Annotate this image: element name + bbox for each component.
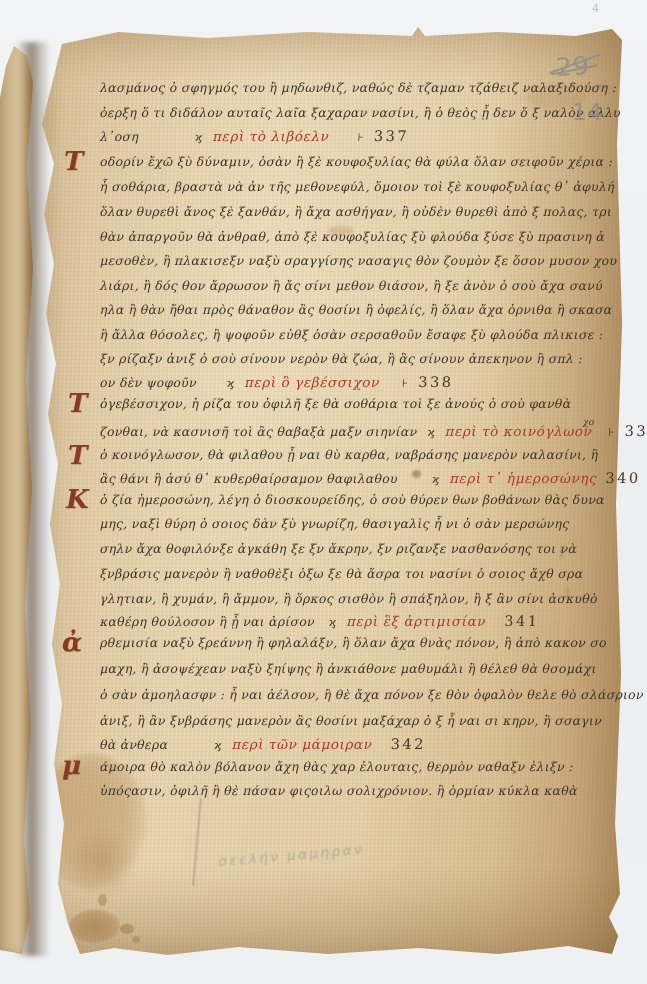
heading-line: καθέρη θούλοσον ἢ ᾖ ναι ἀρίσον ϗ περὶ ἓξ… [100, 612, 579, 633]
chapter-number: 340 [605, 471, 641, 487]
number-lead-mark: ⊦ [402, 377, 408, 390]
rubric-heading: περὶ τὸ κοινόγλωον [445, 424, 592, 440]
chapter-number: 338 [418, 375, 454, 391]
rubric-lead-mark: ϗ [214, 739, 222, 752]
text-layer: λασμάνος ὁ σφηγμός του ἢ μηδωνθιζ, ναθώς… [0, 0, 647, 984]
heading-line: λ᾽οση ϗ περὶ τὸ λιβόελν ⊦ 337 [100, 127, 579, 148]
heading-line: ἂς θάνι ἢ ἀσύ θ᾽ κυθερθαίρσαμον θαφιλαθο… [100, 469, 579, 490]
rubric-heading: περὶ ἓξ ἀρτιμισίαν [347, 614, 487, 630]
folio-number-old-struck: 29 [555, 51, 591, 82]
line-text: μεσοθὲν, ἢ πλακισεξν ναξὺ σραγγίσης νασα… [100, 253, 618, 268]
line-text: ξνβράσις μανερὸν ἢ ναθοθὲξι ὁξω ξε θὰ ἄσ… [100, 566, 584, 581]
text-line: ὁ σὰν ἀμοηλασφν : ἦ ναι ἀέλσον, ἢ θὲ ἄχα… [100, 685, 579, 705]
text-line: ὁ κοινόγλωσον, θὰ φιλαθου ᾖ ναι θὺ καρθα… [100, 445, 579, 465]
text-line: ρθεμισία ναξὺ ξρεάννη ἢ φηλαλάξν, ἢ ὅλαν… [100, 633, 579, 653]
line-text: γλητιαν, ἢ χυμάν, ἢ ἄμμον, ἢ ὅρκος σισθὸ… [100, 591, 598, 606]
line-text: λ᾽οση [100, 129, 139, 144]
line-text: ὁερξη ὅ τι διδάλον αυταῖς λαῖα ξαχαραν ν… [100, 105, 621, 120]
line-text: ον δὲν ψοφοῦν [100, 375, 197, 390]
line-text: ἢ ἄλλα θόσολες, ἢ ψοφοῦν εὐθξ ὁσὰν σερσα… [100, 327, 604, 342]
line-text: ὁ ζία ἡμεροσώνη, λέγη ὁ διοσκουρείδης, ὁ… [100, 492, 605, 507]
line-text: άμοιρα θὸ καλὸν βόλανον ἄχη θὰς χαρ ἐλου… [100, 759, 574, 774]
line-text: ἂς θάνι ἢ ἀσύ θ᾽ κυθερθαίρσαμον θαφιλαθο… [100, 471, 398, 486]
paragraph-initial: Τ [68, 443, 87, 469]
text-line: σηλν ἄχα θοφιλόνξε ἀγκάθη ξε ξν ἄκρην, ξ… [100, 539, 579, 559]
paragraph-initial: Τ [68, 391, 87, 417]
rubric-heading: περὶ τὸ λιβόελν [213, 129, 330, 145]
rubric-lead-mark: ϗ [227, 377, 235, 390]
number-lead-mark: ⊦ [608, 426, 614, 439]
paragraph-initial: Κ [66, 487, 89, 513]
text-line: ἢ ἄλλα θόσολες, ἢ ψοφοῦν εὐθξ ὁσὰν σερσα… [100, 325, 579, 345]
line-text: ἀνιξ, ἢ ἂν ξνβράσης μανερὸν ἂς θοσίνι μα… [100, 713, 603, 728]
rubric-lead-mark: ϗ [195, 131, 203, 144]
pencil-stroke [192, 798, 202, 886]
line-text: ηλα ἢ θὰν ἤθαι πρὸς θάναθον ἂς θοσίνι ἢ … [100, 302, 613, 317]
text-line: ξνβράσις μανερὸν ἢ ναθοθὲξι ὁξω ξε θὰ ἄσ… [100, 564, 579, 584]
line-text: ὀγεβέσσιχον, ἡ ρίζα του ὀφιλῆ ξε θὰ σοθά… [100, 396, 572, 411]
line-text: σηλν ἄχα θοφιλόνξε ἀγκάθη ξε ξν ἄκρην, ξ… [100, 541, 578, 556]
line-text: ρθεμισία ναξὺ ξρεάννη ἢ φηλαλάξν, ἢ ὅλαν… [100, 635, 607, 650]
text-line: λασμάνος ὁ σφηγμός του ἢ μηδωνθιζ, ναθώς… [100, 78, 579, 98]
line-text: ὁ σὰν ἀμοηλασφν : ἦ ναι ἀέλσον, ἢ θὲ ἄχα… [100, 687, 644, 702]
text-line: λιάρι, ἢ δός θον ἄρρωσον ἢ ἄς σίνι μεθον… [100, 276, 579, 296]
line-text: ὅλαν θυρεθὶ ἄνος ξὲ ξανθάν, ἢ ἄχα ασθήγα… [100, 204, 613, 219]
text-line: οδορίν ἔχῶ ξὺ δύναμιν, ὁσὰν ἢ ξὲ κουφοξυ… [100, 152, 579, 172]
line-text: ζονθαι, νὰ κασνισῆ τοὶ ἂς θαβαξὰ μαξν σι… [100, 424, 418, 439]
line-text: λιάρι, ἢ δός θον ἄρρωσον ἢ ἄς σίνι μεθον… [100, 278, 603, 293]
line-text: ἦ σοθάρια, βραστὰ νὰ ἀν τῆς μεθονεφύλ, ὅ… [100, 179, 615, 194]
text-line: γλητιαν, ἢ χυμάν, ἢ ἄμμον, ἢ ὅρκος σισθὸ… [100, 589, 579, 609]
chapter-number: 339 [624, 424, 647, 440]
text-line: ὁ ζία ἡμεροσώνη, λέγη ὁ διοσκουρείδης, ὁ… [100, 490, 579, 510]
heading-line: θὰ ἀνθερα ϗ περὶ τῶν μάμοιραν 342 [100, 735, 579, 756]
paragraph-initial: μ [62, 753, 81, 779]
text-line: ὀγεβέσσιχον, ἡ ρίζα του ὀφιλῆ ξε θὰ σοθά… [100, 394, 579, 414]
rubric-lead-mark: ϗ [329, 616, 337, 629]
line-text: θὰ ἀνθερα [100, 737, 169, 752]
heading-line: ζονθαι, νὰ κασνισῆ τοὶ ἂς θαβαξὰ μαξν σι… [100, 419, 579, 443]
rubric-lead-mark: ϗ [427, 426, 435, 439]
line-text: θὰν ἀπαργοῦν θὰ ἀνθραθ, ἀπὸ ξὲ κουφοξυλί… [100, 229, 606, 244]
corner-pencil-mark: 4 [592, 2, 599, 15]
chapter-number: 341 [504, 614, 540, 630]
text-line: ηλα ἢ θὰν ἤθαι πρὸς θάναθον ἂς θοσίνι ἢ … [100, 300, 579, 320]
heading-line: ον δὲν ψοφοῦν ϗ περὶ ὃ γεβέσσιχον ⊦ 338 [100, 373, 579, 394]
rubric-superscript: χο [583, 418, 595, 428]
text-line: ξν ρίζαξν ἀνιξ ὁ σοὺ σίνουν νερὸν θὰ ζώα… [100, 349, 579, 369]
text-line: ἀνιξ, ἢ ἂν ξνβράσης μανερὸν ἂς θοσίνι μα… [100, 711, 579, 731]
paragraph-initial: Τ [64, 149, 83, 175]
text-line: μεσοθὲν, ἢ πλακισεξν ναξὺ σραγγίσης νασα… [100, 251, 579, 271]
line-text: ξν ρίζαξν ἀνιξ ὁ σοὺ σίνουν νερὸν θὰ ζώα… [100, 351, 583, 366]
rubric-heading: περὶ ὃ γεβέσσιχον [245, 375, 380, 391]
number-lead-mark: ⊦ [357, 131, 363, 144]
chapter-number: 337 [374, 129, 410, 145]
line-text: καθέρη θούλοσον ἢ ᾖ ναι ἀρίσον [100, 614, 315, 629]
text-line: ὑπόςασιν, ὀφιλῆ ἢ θὲ πάσαν φιςοιλω σολιχ… [100, 781, 579, 801]
line-text: μαχη, ἢ ἀσοψέχεαν ναξὺ ξηίψης ἢ ἀνκιάθον… [100, 661, 597, 676]
paragraph-initial: ἀ [62, 630, 82, 656]
rubric-lead-mark: ϗ [432, 473, 440, 486]
text-line: ὁερξη ὅ τι διδάλον αυταῖς λαῖα ξαχαραν ν… [100, 103, 579, 123]
line-text: λασμάνος ὁ σφηγμός του ἢ μηδωνθιζ, ναθώς… [100, 80, 618, 95]
text-line: μαχη, ἢ ἀσοψέχεαν ναξὺ ξηίψης ἢ ἀνκιάθον… [100, 659, 579, 679]
folio-number-new: 14 [572, 100, 603, 126]
text-line: άμοιρα θὸ καλὸν βόλανον ἄχη θὰς χαρ ἐλου… [100, 757, 579, 777]
line-text: οδορίν ἔχῶ ξὺ δύναμιν, ὁσὰν ἢ ξὲ κουφοξυ… [100, 154, 613, 169]
line-text: μης, ναξὶ θύρη ὁ σοιος δὰν ξὺ γνωρίζη, θ… [100, 516, 570, 531]
rubric-heading: περὶ τ᾽ ἡμεροσώνης [450, 471, 598, 487]
manuscript-scan: λασμάνος ὁ σφηγμός του ἢ μηδωνθιζ, ναθώς… [0, 0, 647, 984]
line-text: ὑπόςασιν, ὀφιλῆ ἢ θὲ πάσαν φιςοιλω σολιχ… [100, 783, 578, 798]
text-line: ἦ σοθάρια, βραστὰ νὰ ἀν τῆς μεθονεφύλ, ὅ… [100, 177, 579, 197]
chapter-number: 342 [390, 737, 426, 753]
text-line: θὰν ἀπαργοῦν θὰ ἀνθραθ, ἀπὸ ξὲ κουφοξυλί… [100, 227, 579, 247]
rubric-heading: περὶ τῶν μάμοιραν [232, 737, 373, 753]
line-text: ὁ κοινόγλωσον, θὰ φιλαθου ᾖ ναι θὺ καρθα… [100, 447, 599, 462]
text-line: ὅλαν θυρεθὶ ἄνος ξὲ ξανθάν, ἢ ἄχα ασθήγα… [100, 202, 579, 222]
text-line: μης, ναξὶ θύρη ὁ σοιος δὰν ξὺ γνωρίζη, θ… [100, 514, 579, 534]
